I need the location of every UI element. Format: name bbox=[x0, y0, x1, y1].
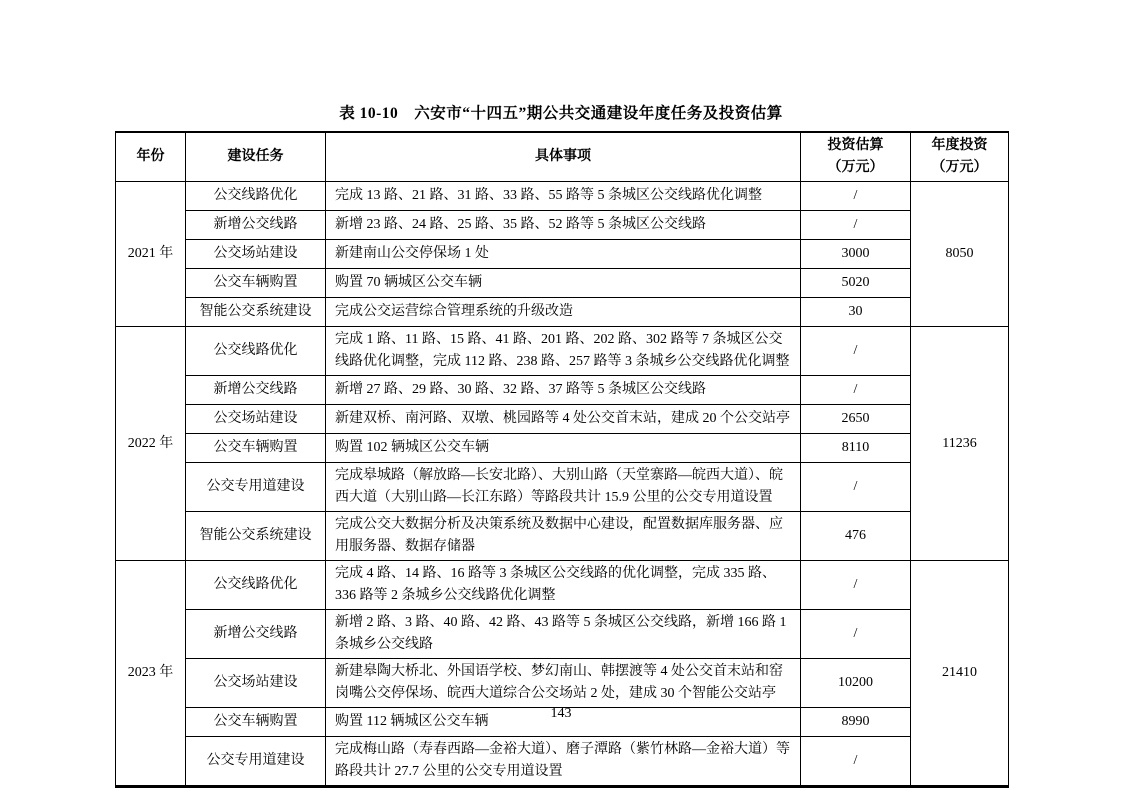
table-row: 新增公交线路 新增 27 路、29 路、30 路、32 路、37 路等 5 条城… bbox=[116, 376, 1009, 405]
investment-cell: 476 bbox=[801, 512, 911, 561]
details-cell: 新增 27 路、29 路、30 路、32 路、37 路等 5 条城区公交线路 bbox=[326, 376, 801, 405]
details-cell: 完成公交大数据分析及决策系统及数据中心建设，配置数据库服务器、应用服务器、数据存… bbox=[326, 512, 801, 561]
task-cell: 新增公交线路 bbox=[186, 211, 326, 240]
table-row: 智能公交系统建设 完成公交大数据分析及决策系统及数据中心建设，配置数据库服务器、… bbox=[116, 512, 1009, 561]
details-cell: 完成梅山路（寿春西路—金裕大道）、磨子潭路（紫竹林路—金裕大道）等路段共计 27… bbox=[326, 737, 801, 787]
details-cell: 完成公交运营综合管理系统的升级改造 bbox=[326, 298, 801, 327]
details-cell: 完成 13 路、21 路、31 路、33 路、55 路等 5 条城区公交线路优化… bbox=[326, 182, 801, 211]
task-cell: 公交线路优化 bbox=[186, 182, 326, 211]
table-caption: 表 10-10 六安市“十四五”期公共交通建设年度任务及投资估算 bbox=[0, 101, 1122, 123]
task-cell: 新增公交线路 bbox=[186, 376, 326, 405]
table-row: 2021 年 公交线路优化 完成 13 路、21 路、31 路、33 路、55 … bbox=[116, 182, 1009, 211]
details-cell: 新增 23 路、24 路、25 路、35 路、52 路等 5 条城区公交线路 bbox=[326, 211, 801, 240]
task-cell: 公交场站建设 bbox=[186, 405, 326, 434]
table-row: 公交车辆购置 购置 70 辆城区公交车辆 5020 bbox=[116, 269, 1009, 298]
annual-investment-cell: 11236 bbox=[911, 327, 1009, 561]
details-cell: 新建双桥、南河路、双墩、桃园路等 4 处公交首末站，建成 20 个公交站亭 bbox=[326, 405, 801, 434]
annual-investment-cell: 21410 bbox=[911, 561, 1009, 787]
task-cell: 公交线路优化 bbox=[186, 561, 326, 610]
investment-cell: / bbox=[801, 561, 911, 610]
investment-cell: / bbox=[801, 610, 911, 659]
investment-cell: 30 bbox=[801, 298, 911, 327]
details-cell: 新建南山公交停保场 1 处 bbox=[326, 240, 801, 269]
table-row: 新增公交线路 新增 2 路、3 路、40 路、42 路、43 路等 5 条城区公… bbox=[116, 610, 1009, 659]
header-row: 年份 建设任务 具体事项 投资估算 （万元） 年度投资 （万元） bbox=[116, 132, 1009, 182]
details-cell: 购置 70 辆城区公交车辆 bbox=[326, 269, 801, 298]
investment-cell: 8110 bbox=[801, 434, 911, 463]
table-row: 2023 年 公交线路优化 完成 4 路、14 路、16 路等 3 条城区公交线… bbox=[116, 561, 1009, 610]
table-row: 公交场站建设 新建南山公交停保场 1 处 3000 bbox=[116, 240, 1009, 269]
year-cell: 2021 年 bbox=[116, 182, 186, 327]
task-cell: 公交车辆购置 bbox=[186, 434, 326, 463]
investment-cell: / bbox=[801, 376, 911, 405]
investment-cell: / bbox=[801, 327, 911, 376]
task-cell: 公交场站建设 bbox=[186, 240, 326, 269]
task-cell: 公交线路优化 bbox=[186, 327, 326, 376]
document-page: 表 10-10 六安市“十四五”期公共交通建设年度任务及投资估算 年份 建设任务… bbox=[0, 0, 1122, 793]
col-header-annual-line1: 年度投资 bbox=[914, 135, 1005, 157]
task-cell: 公交专用道建设 bbox=[186, 737, 326, 787]
task-cell: 智能公交系统建设 bbox=[186, 298, 326, 327]
table-row: 公交专用道建设 完成梅山路（寿春西路—金裕大道）、磨子潭路（紫竹林路—金裕大道）… bbox=[116, 737, 1009, 787]
table-row: 公交场站建设 新建皋陶大桥北、外国语学校、梦幻南山、韩摆渡等 4 处公交首末站和… bbox=[116, 659, 1009, 708]
year-cell: 2023 年 bbox=[116, 561, 186, 787]
task-cell: 公交车辆购置 bbox=[186, 269, 326, 298]
details-cell: 新建皋陶大桥北、外国语学校、梦幻南山、韩摆渡等 4 处公交首末站和窑岗嘴公交停保… bbox=[326, 659, 801, 708]
col-header-investment-line2: （万元） bbox=[804, 157, 907, 179]
col-header-annual-line2: （万元） bbox=[914, 157, 1005, 179]
details-cell: 完成皋城路（解放路—长安北路）、大别山路（天堂寨路—皖西大道）、皖西大道（大别山… bbox=[326, 463, 801, 512]
annual-tasks-investment-table: 年份 建设任务 具体事项 投资估算 （万元） 年度投资 （万元） 2021 年 … bbox=[115, 131, 1009, 788]
investment-cell: / bbox=[801, 737, 911, 787]
table-row: 公交专用道建设 完成皋城路（解放路—长安北路）、大别山路（天堂寨路—皖西大道）、… bbox=[116, 463, 1009, 512]
col-header-investment: 投资估算 （万元） bbox=[801, 132, 911, 182]
investment-cell: 5020 bbox=[801, 269, 911, 298]
col-header-investment-line1: 投资估算 bbox=[804, 135, 907, 157]
details-cell: 新增 2 路、3 路、40 路、42 路、43 路等 5 条城区公交线路，新增 … bbox=[326, 610, 801, 659]
table-row: 2022 年 公交线路优化 完成 1 路、11 路、15 路、41 路、201 … bbox=[116, 327, 1009, 376]
investment-cell: / bbox=[801, 211, 911, 240]
investment-cell: / bbox=[801, 463, 911, 512]
task-cell: 新增公交线路 bbox=[186, 610, 326, 659]
page-number: 143 bbox=[0, 706, 1122, 722]
details-cell: 完成 1 路、11 路、15 路、41 路、201 路、202 路、302 路等… bbox=[326, 327, 801, 376]
table-row: 公交场站建设 新建双桥、南河路、双墩、桃园路等 4 处公交首末站，建成 20 个… bbox=[116, 405, 1009, 434]
investment-cell: 10200 bbox=[801, 659, 911, 708]
details-cell: 完成 4 路、14 路、16 路等 3 条城区公交线路的优化调整，完成 335 … bbox=[326, 561, 801, 610]
col-header-annual: 年度投资 （万元） bbox=[911, 132, 1009, 182]
task-cell: 公交场站建设 bbox=[186, 659, 326, 708]
year-cell: 2022 年 bbox=[116, 327, 186, 561]
investment-cell: 2650 bbox=[801, 405, 911, 434]
table-row: 智能公交系统建设 完成公交运营综合管理系统的升级改造 30 bbox=[116, 298, 1009, 327]
table-row: 公交车辆购置 购置 102 辆城区公交车辆 8110 bbox=[116, 434, 1009, 463]
col-header-details: 具体事项 bbox=[326, 132, 801, 182]
details-cell: 购置 102 辆城区公交车辆 bbox=[326, 434, 801, 463]
investment-cell: 3000 bbox=[801, 240, 911, 269]
col-header-task: 建设任务 bbox=[186, 132, 326, 182]
table-row: 新增公交线路 新增 23 路、24 路、25 路、35 路、52 路等 5 条城… bbox=[116, 211, 1009, 240]
task-cell: 智能公交系统建设 bbox=[186, 512, 326, 561]
investment-cell: / bbox=[801, 182, 911, 211]
task-cell: 公交专用道建设 bbox=[186, 463, 326, 512]
annual-investment-cell: 8050 bbox=[911, 182, 1009, 327]
col-header-year: 年份 bbox=[116, 132, 186, 182]
